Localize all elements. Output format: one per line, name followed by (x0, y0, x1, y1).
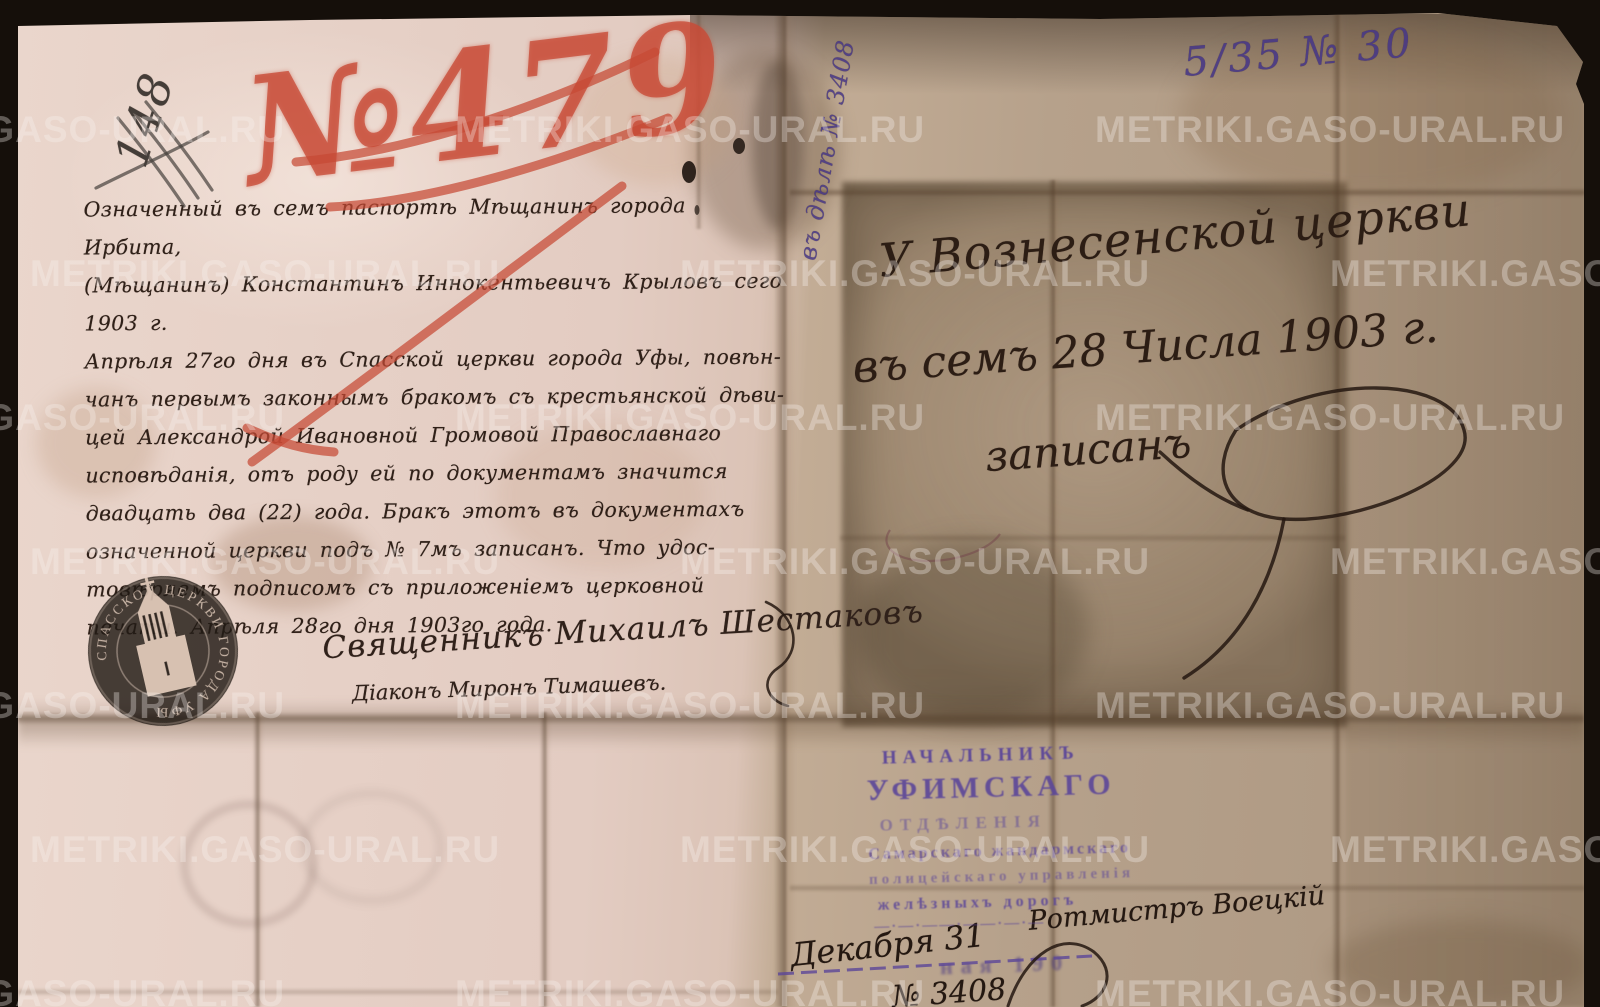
record-line: чанъ первымъ законнымъ бракомъ съ кресть… (85, 376, 790, 419)
record-line: Апрѣля 27го дня въ Спасской церкви город… (84, 338, 789, 381)
record-line: исповѣданія, отъ роду ей по документамъ … (85, 452, 790, 495)
crease-vertical-4 (540, 712, 551, 1007)
watermark-text: METRIKI.GASO-URAL.RU (30, 0, 500, 7)
stamp-line: Самарскаго жандармскаго (868, 838, 1178, 864)
document-photo: 148 №479 5/35 № 30 въ дѣлѣ № 3408 Означе… (0, 0, 1600, 1007)
watermark-text: METRIKI.GASO-URAL.RU (1330, 0, 1600, 7)
side-note-vertical: въ дѣлѣ № 3408 (794, 2, 867, 263)
right-note-line-1: У Вознесенской церкви (877, 182, 1474, 288)
crease-horizontal-stain (840, 534, 1345, 542)
deacon-signature: Діаконъ Миронъ Тимашевъ. (352, 671, 667, 706)
watermark-text: METRIKI.GASO-URAL.RU (680, 0, 1150, 7)
crease-vertical-2 (1332, 14, 1345, 1007)
pencil-number: 148 (104, 65, 185, 174)
right-note-line-3: записанъ (984, 418, 1193, 481)
record-line: двадцать два (22) года. Бракъ этотъ въ д… (86, 490, 791, 533)
stamp-line: ОТДѢЛЕНІЯ (867, 808, 1177, 836)
stamp-line: НАЧАЛЬНИКЪ (866, 740, 1176, 770)
stain-bottom-right (1330, 920, 1590, 1007)
stamp-line: полицейскаго управленія (869, 864, 1179, 889)
stamp-line: желѣзныхъ дорогъ (869, 889, 1179, 915)
shelf-code: 5/35 № 30 (1181, 20, 1415, 86)
stamp-divider: —·—·——·——·—·— (870, 911, 1180, 936)
bottom-number-note: № 3408 (891, 972, 1007, 1007)
right-note-line-2: въ семъ 28 Числа 1903 г. (851, 302, 1440, 394)
record-line: Означенный въ семъ паспортѣ Мѣщанинъ гор… (83, 186, 789, 267)
seal-echo-2 (300, 790, 444, 904)
paper-sheet: 148 №479 5/35 № 30 въ дѣлѣ № 3408 Означе… (0, 0, 1600, 1007)
gendarme-stamp: НАЧАЛЬНИКЪ УФИМСКАГО ОТДѢЛЕНІЯ Самарскаг… (866, 740, 1181, 936)
stamp-line: УФИМСКАГО (866, 766, 1177, 808)
crease-horizontal-bottom-left (18, 988, 778, 996)
record-line: (Мѣщанинъ) Константинъ Иннокентьевичъ Кр… (84, 262, 790, 343)
right-column-tint (1345, 14, 1585, 1007)
record-line: цей Александрой Ивановной Громовой Право… (85, 414, 790, 457)
seal-echo (180, 800, 318, 928)
crease-vertical-3 (253, 712, 264, 1007)
